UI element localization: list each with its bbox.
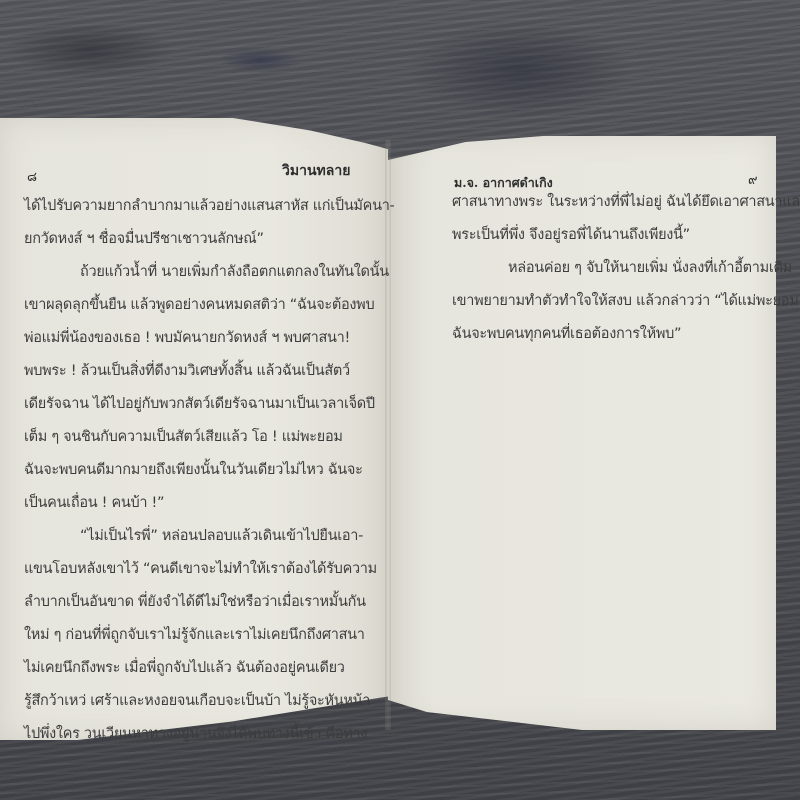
- left-page-body: ได้ไปรับความยากลำบากมาแล้วอย่างแสนสาหัส …: [24, 190, 354, 751]
- text-line: ได้ไปรับความยากลำบากมาแล้วอย่างแสนสาหัส …: [24, 190, 354, 223]
- left-running-header: วิมานทลาย: [282, 160, 350, 182]
- text-line: เดียรัจฉาน ได้ไปอยู่กับพวกสัตว์เดียรัจฉา…: [24, 388, 354, 421]
- text-line: เขาพยายามทำตัวทำใจให้สงบ แล้วกล่าวว่า “ไ…: [452, 285, 782, 318]
- text-line: ฉันจะพบคนทุกคนที่เธอต้องการให้พบ”: [452, 318, 782, 351]
- text-line: ศาสนาทางพระ ในระหว่างที่พี่ไม่อยู่ ฉันได…: [452, 186, 782, 219]
- text-line: รู้สึกว้าเหว่ เศร้าและหงอยจนเกือบจะเป็นบ…: [24, 685, 354, 718]
- text-line: “ไม่เป็นไรพี่” หล่อนปลอบแล้วเดินเข้าไปยื…: [24, 520, 354, 553]
- text-line: หล่อนค่อย ๆ จับให้นายเพิ่ม นั่งลงที่เก้า…: [452, 252, 782, 285]
- text-line: พบพระ ! ล้วนเป็นสิ่งที่ดีงามวิเศษทั้งสิ้…: [24, 355, 354, 388]
- text-line: ถ้วยแก้วน้ำที่ นายเพิ่มกำลังถือตกแตกลงใน…: [24, 256, 354, 289]
- right-page-body: ศาสนาทางพระ ในระหว่างที่พี่ไม่อยู่ ฉันได…: [452, 186, 782, 351]
- book-gutter: [385, 140, 391, 730]
- text-line: ยกวัดหงส์ ฯ ชื่อจมื่นปรีชาเชาวนลักษณ์”: [24, 223, 354, 256]
- text-line: ไม่เคยนึกถึงพระ เมื่อพี่ถูกจับไปแล้ว ฉัน…: [24, 652, 354, 685]
- text-line: พระเป็นที่พึ่ง จึงอยู่รอพี่ได้นานถึงเพีย…: [452, 219, 782, 252]
- text-line: พ่อแม่พี่น้องของเธอ ! พบมัคนายกวัดหงส์ ฯ…: [24, 322, 354, 355]
- text-line: เขาผลุดลุกขึ้นยืน แล้วพูดอย่างคนหมดสติว่…: [24, 289, 354, 322]
- text-line: แขนโอบหลังเขาไว้ “คนดีเขาจะไม่ทำให้เราต้…: [24, 553, 354, 586]
- text-line: ไปพึ่งใคร วนเวียนหาทางอยู่นานจึงได้พบทาง…: [24, 718, 354, 751]
- text-line: เต็ม ๆ จนชินกับความเป็นสัตว์เสียแล้ว โอ …: [24, 421, 354, 454]
- text-line: ใหม่ ๆ ก่อนที่พี่ถูกจับเราไม่รู้จักและเร…: [24, 619, 354, 652]
- text-line: ฉันจะพบคนดีมากมายถึงเพียงนั้นในวันเดียวไ…: [24, 454, 354, 487]
- left-page-number: ๘: [27, 166, 37, 187]
- text-line: ลำบากเป็นอันขาด พี่ยังจำได้ดีไม่ใช่หรือว…: [24, 586, 354, 619]
- text-line: เป็นคนเถื่อน ! คนบ้า !”: [24, 487, 354, 520]
